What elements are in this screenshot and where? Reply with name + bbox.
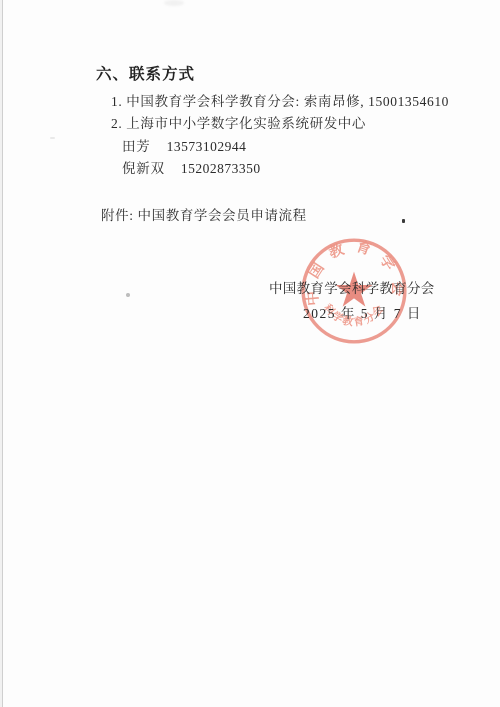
ink-speck bbox=[402, 219, 405, 223]
contact-row: 田芳13573102944 bbox=[122, 135, 246, 155]
contact-name: 田芳 bbox=[122, 139, 151, 154]
scan-speck bbox=[126, 293, 130, 297]
contact-line-1: 1. 中国教育学会科学教育分会: 索南昂修, 15001354610 bbox=[111, 90, 449, 110]
signature-date: 2025 年 5 月 7 日 bbox=[303, 302, 422, 322]
section-heading: 六、联系方式 bbox=[96, 62, 195, 84]
signature-organization: 中国教育学会科学教育分会 bbox=[269, 277, 435, 297]
attachment-line: 附件: 中国教育学会会员申请流程 bbox=[101, 204, 307, 224]
contact-phone: 15202873350 bbox=[181, 161, 261, 176]
document-page: 六、联系方式 1. 中国教育学会科学教育分会: 索南昂修, 1500135461… bbox=[0, 0, 500, 707]
contact-phone: 13573102944 bbox=[167, 139, 247, 154]
scan-smudge bbox=[164, 0, 184, 6]
scan-speck-faint bbox=[50, 137, 55, 139]
contact-row: 倪新双15202873350 bbox=[122, 157, 261, 177]
contact-line-2: 2. 上海市中小学数字化实验系统研发中心 bbox=[111, 112, 366, 132]
contact-name: 倪新双 bbox=[122, 161, 165, 176]
scan-edge-line bbox=[2, 0, 3, 707]
